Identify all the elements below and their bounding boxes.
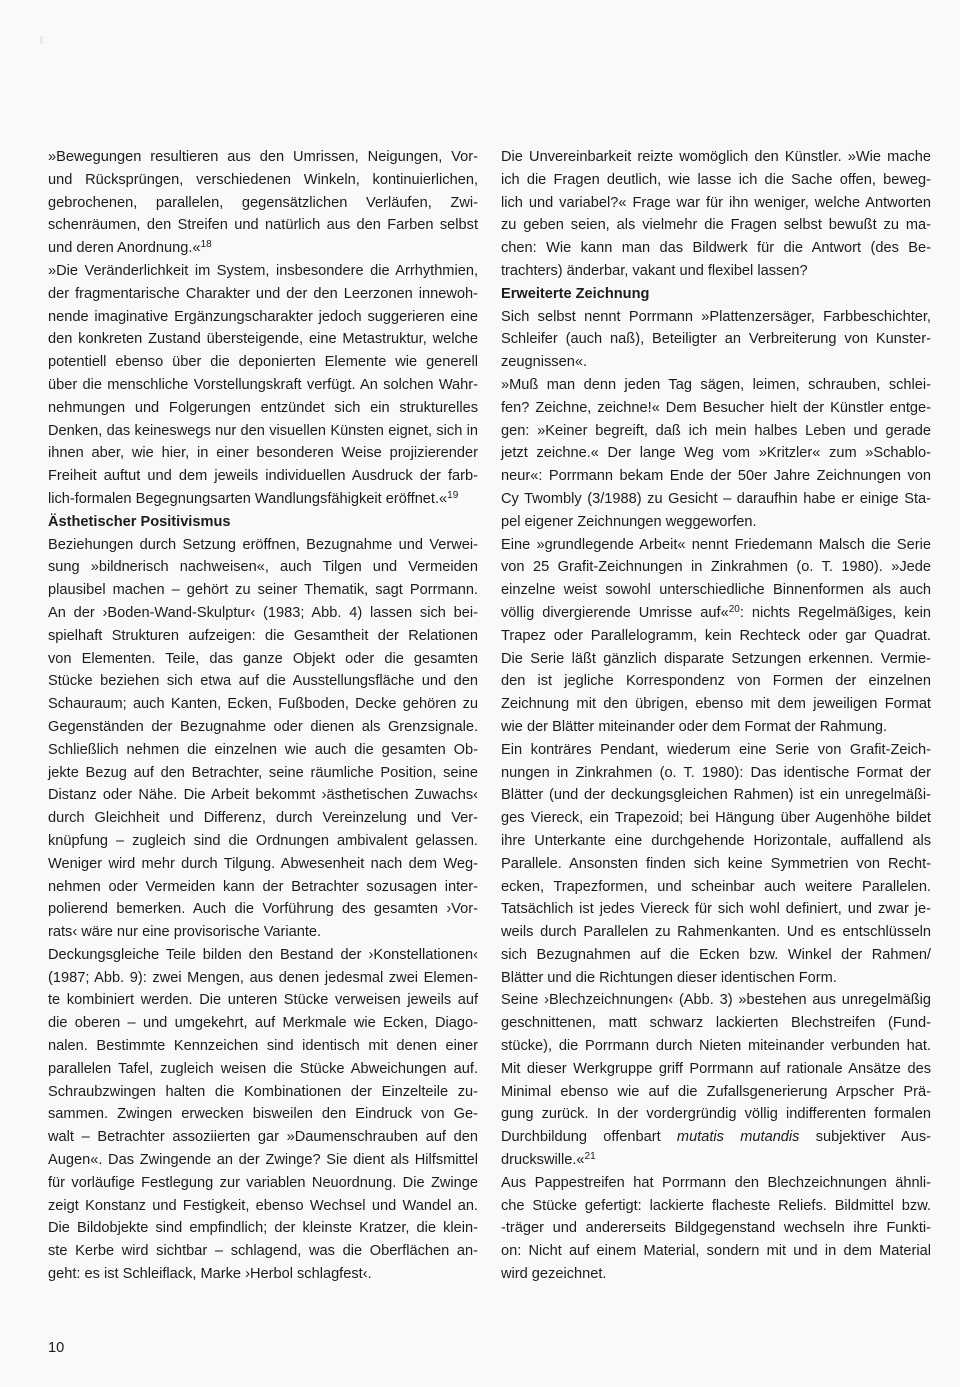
text-line: ihnen aber, wie hier, in einer besondere…: [48, 442, 478, 465]
text-line: nehmen oder Vermeiden kann der Betrachte…: [48, 876, 478, 899]
text-line: gung zurück. In der vordergründig völlig…: [501, 1103, 931, 1126]
text-line: neur«: Porrmann bekam Ende der 50er Jahr…: [501, 465, 931, 488]
text-line: geschnittenen, matt schwarz lackierten B…: [501, 1012, 931, 1035]
text-line: lich-formalen Begegnungsarten Wandlungsf…: [48, 488, 478, 511]
text-line: An der ›Boden-Wand-Skulptur‹ (1983; Abb.…: [48, 602, 478, 625]
text-line: Erweiterte Zeichnung: [501, 283, 931, 306]
text-line: lich und variabel?« Frage war für ihn we…: [501, 192, 931, 215]
text-line: Seine ›Blechzeichnungen‹ (Abb. 3) »beste…: [501, 989, 931, 1012]
text-line: spielhaft Strukturen aufzeigen: die Gesa…: [48, 625, 478, 648]
text-line: sung »bildnerisch nachweisen«, auch Tilg…: [48, 556, 478, 579]
text-line: (1987; Abb. 9): zwei Mengen, aus denen j…: [48, 967, 478, 990]
text-line: sammen. Zwingen erwecken bisweilen den E…: [48, 1103, 478, 1126]
text-line: Blätter und die Richtungen dieser identi…: [501, 967, 931, 990]
text-line: Augen«. Das Zwingende an der Zwinge? Sie…: [48, 1149, 478, 1172]
text-line: Ästhetischer Positivismus: [48, 511, 478, 534]
paragraph: Aus Pappestreifen hat Porrmann den Blech…: [501, 1172, 931, 1286]
text-line: wird gezeichnet.: [501, 1263, 931, 1286]
text-line: »Muß man denn jeden Tag sägen, leimen, s…: [501, 374, 931, 397]
paragraph: Ein konträres Pendant, wiederum eine Ser…: [501, 739, 931, 990]
text-line: zeugnissen«.: [501, 351, 931, 374]
text-line: potentiell ebenso über die deponierten E…: [48, 351, 478, 374]
text-line: Aus Pappestreifen hat Porrmann den Blech…: [501, 1172, 931, 1195]
text-line: den ist jegliche Korrespondenz von Forme…: [501, 670, 931, 693]
text-line: die oberen – und umgekehrt, auf Merkmale…: [48, 1012, 478, 1035]
text-line: Freiheit auftut und dem jeweils individu…: [48, 465, 478, 488]
text-line: plausibel machen – gehört zu seiner Them…: [48, 579, 478, 602]
text-line: Ein konträres Pendant, wiederum eine Ser…: [501, 739, 931, 762]
text-line: einzelne weist sowohl unterschiedliche B…: [501, 579, 931, 602]
paragraph: Seine ›Blechzeichnungen‹ (Abb. 3) »beste…: [501, 989, 931, 1171]
text-line: Schleifer (auch naß), Beteiligter an Ver…: [501, 328, 931, 351]
text-line: weils durch Parallelen zu Rahmenkanten. …: [501, 921, 931, 944]
text-line: walt – Betrachter assoziierten gar »Daum…: [48, 1126, 478, 1149]
text-line: Sich selbst nennt Porrmann »Plattenzersä…: [501, 306, 931, 329]
section-heading: Erweiterte Zeichnung: [501, 283, 931, 306]
text-line: gen: »Keiner begreift, daß ich mein halb…: [501, 420, 931, 443]
text-line: che Stücke gefertigt: lackierte flachest…: [501, 1195, 931, 1218]
text-line: schenräumen, den Streifen und natürlich …: [48, 214, 478, 237]
paragraph: Die Unvereinbarkeit reizte womöglich den…: [501, 146, 931, 283]
text-line: Schließlich nehmen die einzelnen wie auc…: [48, 739, 478, 762]
text-line: nende imaginative Ergänzungscharakter je…: [48, 306, 478, 329]
text-line: Blätter (und der deckungsgleichen Rahmen…: [501, 784, 931, 807]
text-line: nehmungen und Folgerungen entzündet sich…: [48, 397, 478, 420]
text-line: sich Bezugnahmen auf die Ecken bzw. Wink…: [501, 944, 931, 967]
text-line: Cy Twombly (3/1988) zu Gesicht – daraufh…: [501, 488, 931, 511]
footnote-marker: 19: [447, 490, 458, 501]
text-line: stücke), die Porrmann durch Nieten mitei…: [501, 1035, 931, 1058]
text-line: Schraubzwingen halten die Kombinationen …: [48, 1081, 478, 1104]
text-line: druckswille.«21: [501, 1149, 931, 1172]
text-line: und Rücksprüngen, verschiedenen Winkeln,…: [48, 169, 478, 192]
text-line: Stücke beziehen sich etwa auf die Ausste…: [48, 670, 478, 693]
text-line: polierend bemerken. Auch die Vorführung …: [48, 898, 478, 921]
text-line: Zeichnung mit den übrigen, ebenso mit de…: [501, 693, 931, 716]
footnote-marker: 21: [585, 1151, 596, 1162]
text-line: Denken, das keineswegs nur den visuellen…: [48, 420, 478, 443]
text-line: trachters) änderbar, vakant und flexibel…: [501, 260, 931, 283]
text-line: te kombiniert werden. Die unteren Stücke…: [48, 989, 478, 1012]
text-line: wie der Blätter miteinander oder dem For…: [501, 716, 931, 739]
paragraph: Eine »grundlegende Arbeit« nennt Friedem…: [501, 534, 931, 739]
right-text-column: Die Unvereinbarkeit reizte womöglich den…: [501, 146, 931, 1286]
text-line: jekte Bezug auf den Betrachter, seine rä…: [48, 762, 478, 785]
text-line: pel eigener Zeichnungen weggeworfen.: [501, 511, 931, 534]
text-line: gebrochenen, parallelen, gegensätzlichen…: [48, 192, 478, 215]
text-line: ges Viereck, ein Trapezoid; bei Hängung …: [501, 807, 931, 830]
text-line: ecken, Trapezformen, und scheinbar auch …: [501, 876, 931, 899]
text-line: für vorläufige Festlegung zur variablen …: [48, 1172, 478, 1195]
text-line: Weniger wird mehr durch Tilgung. Abwesen…: [48, 853, 478, 876]
text-line: on: Nicht auf einem Material, sondern mi…: [501, 1240, 931, 1263]
text-line: parallelen Tafel, zugleich weisen die St…: [48, 1058, 478, 1081]
italic-phrase: mutatis mutandis: [677, 1129, 800, 1145]
text-line: Die Serie läßt gänzlich disparate Setzun…: [501, 648, 931, 671]
text-line: chen: Wie kann man das Bildwerk für die …: [501, 237, 931, 260]
paragraph: Sich selbst nennt Porrmann »Plattenzersä…: [501, 306, 931, 374]
text-line: Eine »grundlegende Arbeit« nennt Friedem…: [501, 534, 931, 557]
text-line: Distanz oder Nähe. Die Arbeit bekommt ›ä…: [48, 784, 478, 807]
text-line: ihre Unterkante eine durchgehende Horizo…: [501, 830, 931, 853]
text-line: nalen. Bestimmte Kennzeichen sind identi…: [48, 1035, 478, 1058]
paragraph: Beziehungen durch Setzung eröffnen, Bezu…: [48, 534, 478, 944]
text-line: der fragmentarische Charakter und der de…: [48, 283, 478, 306]
left-text-column: »Bewegungen resultieren aus den Umrissen…: [48, 146, 478, 1286]
text-line: zeigt Konstanz und Festigkeit, ebenso We…: [48, 1195, 478, 1218]
text-line: fen? Zeichne, zeichne!« Dem Besucher hie…: [501, 397, 931, 420]
text-line: durch Gleichheit und Differenz, durch Ve…: [48, 807, 478, 830]
text-line: völlig divergierende Umrisse auf«20: nic…: [501, 602, 931, 625]
text-line: Minimal ebenso wie auf die Zufallsgeneri…: [501, 1081, 931, 1104]
footnote-marker: 20: [729, 604, 740, 615]
text-line: Mit dieser Werkgruppe griff Porrmann auf…: [501, 1058, 931, 1081]
text-line: »Bewegungen resultieren aus den Umrissen…: [48, 146, 478, 169]
text-line: Deckungsgleiche Teile bilden den Bestand…: [48, 944, 478, 967]
text-line: Tatsächlich ist jedes Viereck für sich w…: [501, 898, 931, 921]
text-line: ste Kerbe wird sichtbar – schlagend, was…: [48, 1240, 478, 1263]
text-line: Parallele. Ansonsten finden sich keine S…: [501, 853, 931, 876]
text-line: Schauraum; auch Kanten, Ecken, Fußboden,…: [48, 693, 478, 716]
text-line: Durchbildung offenbart mutatis mutandis …: [501, 1126, 931, 1149]
text-line: den konkreten Zustand übersteigende, ein…: [48, 328, 478, 351]
text-line: Die Unvereinbarkeit reizte womöglich den…: [501, 146, 931, 169]
paragraph: »Bewegungen resultieren aus den Umrissen…: [48, 146, 478, 260]
paragraph: »Die Veränderlichkeit im System, insbeso…: [48, 260, 478, 511]
text-line: geht: es ist Schleiflack, Marke ›Herbol …: [48, 1263, 478, 1286]
paragraph: Deckungsgleiche Teile bilden den Bestand…: [48, 944, 478, 1286]
scan-artifact: [40, 36, 43, 44]
text-line: »Die Veränderlichkeit im System, insbeso…: [48, 260, 478, 283]
page-number: 10: [48, 1340, 64, 1356]
text-line: Die Bildobjekte sind empfindlich; der kl…: [48, 1217, 478, 1240]
text-line: knüpfung – zugleich sind die Ordnungen a…: [48, 830, 478, 853]
text-line: von Elementen. Teile, das ganze Objekt o…: [48, 648, 478, 671]
text-line: rats‹ wäre nur eine provisorische Varian…: [48, 921, 478, 944]
text-line: von 25 Grafit-Zeichnungen in Zinkrahmen …: [501, 556, 931, 579]
text-line: Gegenständen der Bezugnahme oder dienen …: [48, 716, 478, 739]
text-line: Beziehungen durch Setzung eröffnen, Bezu…: [48, 534, 478, 557]
text-line: jetzt zeichne.« Der lange Weg vom »Kritz…: [501, 442, 931, 465]
paragraph: »Muß man denn jeden Tag sägen, leimen, s…: [501, 374, 931, 534]
text-line: nungen in Zinkrahmen (o. T. 1980): Das i…: [501, 762, 931, 785]
text-line: über die menschliche Vorstellungskraft v…: [48, 374, 478, 397]
text-line: ich die Fragen deutlich, wie lasse ich d…: [501, 169, 931, 192]
text-line: und deren Anordnung.«18: [48, 237, 478, 260]
section-heading: Ästhetischer Positivismus: [48, 511, 478, 534]
text-line: zu geben seien, als vielmehr die Fragen …: [501, 214, 931, 237]
text-line: -träger und andererseits Bildgegenstand …: [501, 1217, 931, 1240]
text-line: Trapez oder Parallelogramm, kein Rechtec…: [501, 625, 931, 648]
footnote-marker: 18: [201, 239, 212, 250]
